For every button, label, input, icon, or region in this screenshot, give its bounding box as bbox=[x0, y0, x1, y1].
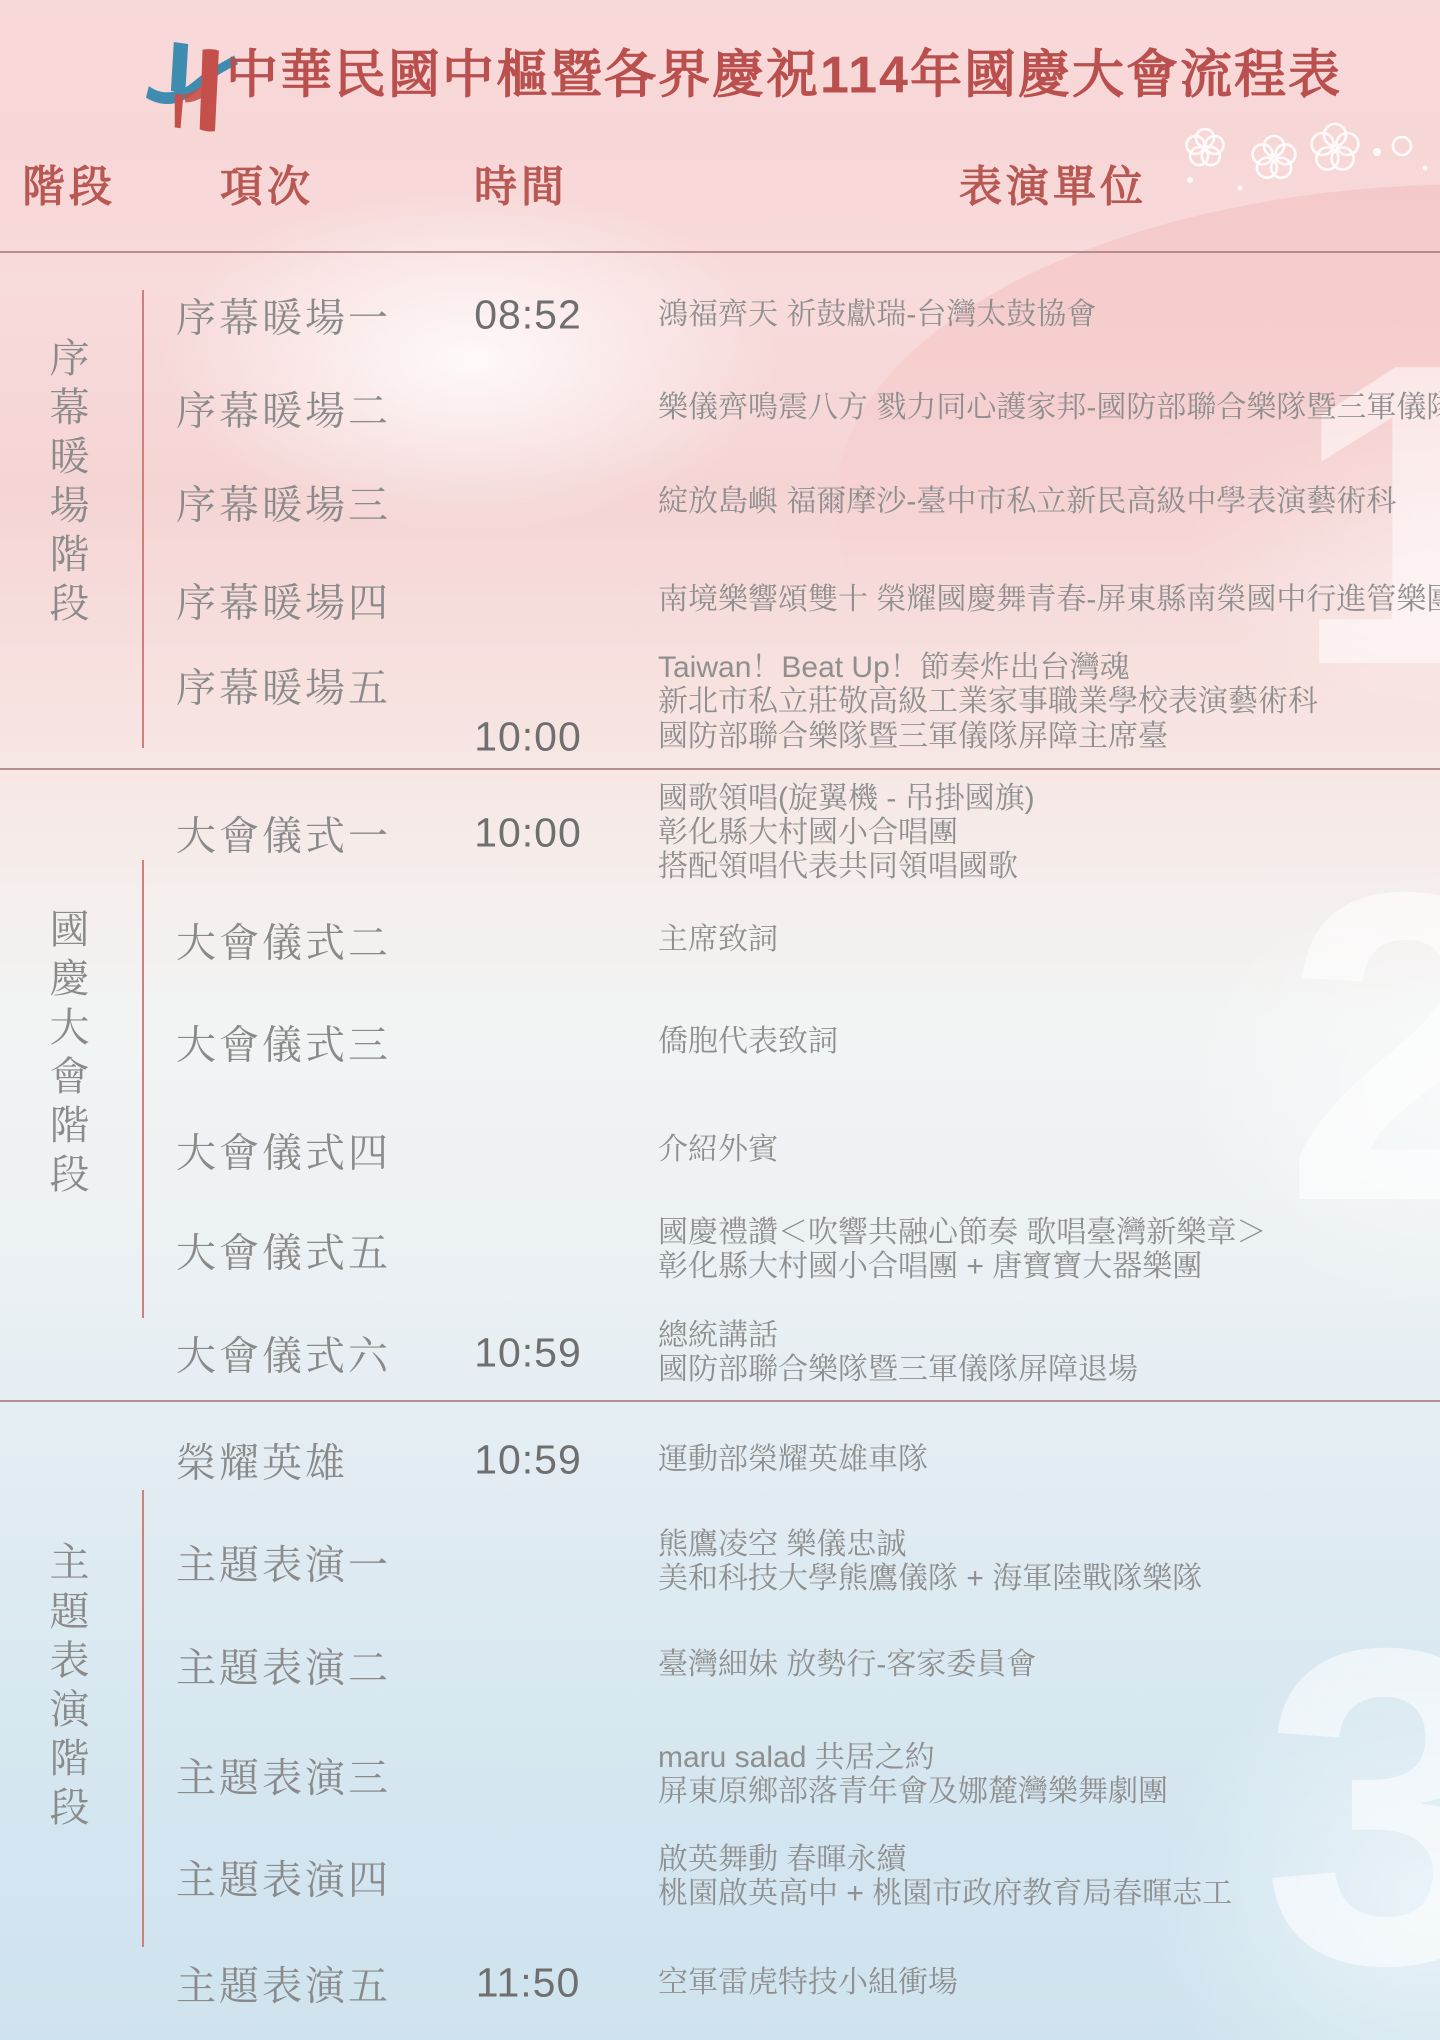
page-title: 中華民國中樞暨各界慶祝114年國慶大會流程表 bbox=[226, 33, 1342, 108]
time-value: 08:52 bbox=[428, 292, 628, 339]
section-3-watermark: 3 bbox=[1262, 1582, 1440, 2032]
performer-text: 空軍雷虎特技小組衝場 bbox=[658, 1966, 958, 2000]
item-label: 大會儀式五 bbox=[176, 1222, 391, 1279]
performer-text: 熊鷹凌空 樂儀忠誠 美和科技大學熊鷹儀隊 + 海軍陸戰隊樂隊 bbox=[658, 1528, 1202, 1596]
item-label: 大會儀式六 bbox=[176, 1325, 391, 1382]
performer-text: 鴻福齊天 祈鼓獻瑞-台灣太鼓協會 bbox=[658, 298, 1096, 332]
item-label: 大會儀式四 bbox=[176, 1122, 391, 1179]
item-label: 序幕暖場一 bbox=[176, 287, 391, 344]
performer-line: 國防部聯合樂隊暨三軍儀隊屏障退場 bbox=[658, 1353, 1138, 1387]
performer-text: 主席致詞 bbox=[658, 923, 778, 957]
stage-label-assembly: 國慶大會階段 bbox=[40, 908, 92, 1202]
stage-label-theme: 主題表演階段 bbox=[40, 1541, 92, 1835]
performer-line: 熊鷹凌空 樂儀忠誠 bbox=[658, 1528, 1202, 1562]
performer-line: 彰化縣大村國小合唱團 + 唐寶寶大器樂團 bbox=[658, 1250, 1266, 1284]
time-value: 10:00 bbox=[428, 810, 628, 857]
performer-line: 運動部榮耀英雄車隊 bbox=[658, 1443, 928, 1477]
section-2-bracket-line bbox=[142, 860, 144, 1318]
performer-line: 搭配領唱代表共同領唱國歌 bbox=[658, 850, 1035, 884]
performer-line: 鴻福齊天 祈鼓獻瑞-台灣太鼓協會 bbox=[658, 298, 1096, 332]
item-label: 大會儀式一 bbox=[176, 805, 391, 862]
performer-line: 臺灣細妹 放勢行-客家委員會 bbox=[658, 1648, 1036, 1682]
performer-text: Taiwan！Beat Up！節奏炸出台灣魂 新北市私立莊敬高級工業家事職業學校… bbox=[658, 651, 1318, 719]
performer-line: 彰化縣大村國小合唱團 bbox=[658, 816, 1035, 850]
performer-line: 桃園啟英高中 + 桃園市政府教育局春暉志工 bbox=[658, 1877, 1232, 1911]
time-value: 11:50 bbox=[428, 1960, 628, 2007]
performer-line: 啟英舞動 春暉永續 bbox=[658, 1843, 1232, 1877]
performer-text: 國防部聯合樂隊暨三軍儀隊屏障主席臺 bbox=[658, 720, 1168, 754]
performer-text: 總統講話 國防部聯合樂隊暨三軍儀隊屏障退場 bbox=[658, 1319, 1138, 1387]
performer-line: 介紹外賓 bbox=[658, 1133, 778, 1167]
section-divider-line bbox=[0, 768, 1440, 770]
performer-line: 國慶禮讚＜吹響共融心節奏 歌唱臺灣新樂章＞ bbox=[658, 1216, 1266, 1250]
performer-text: 樂儀齊鳴震八方 戮力同心護家邦-國防部聯合樂隊暨三軍儀隊 bbox=[658, 391, 1440, 425]
column-header-time: 時間 bbox=[474, 154, 568, 215]
item-label: 序幕暖場二 bbox=[176, 380, 391, 437]
stage-label-prologue: 序幕暖場階段 bbox=[40, 337, 92, 631]
item-label: 序幕暖場三 bbox=[176, 474, 391, 531]
section-2-watermark: 2 bbox=[1284, 828, 1440, 1268]
item-label: 序幕暖場四 bbox=[176, 572, 391, 629]
item-label: 主題表演四 bbox=[176, 1849, 391, 1906]
national-day-114-logo bbox=[146, 38, 238, 140]
section-1-bracket-line bbox=[142, 290, 144, 748]
performer-text: 運動部榮耀英雄車隊 bbox=[658, 1443, 928, 1477]
performer-text: 介紹外賓 bbox=[658, 1133, 778, 1167]
performer-line: 國歌領唱(旋翼機 - 吊掛國旗) bbox=[658, 782, 1035, 816]
performer-line: 國防部聯合樂隊暨三軍儀隊屏障主席臺 bbox=[658, 720, 1168, 754]
item-label: 主題表演一 bbox=[176, 1534, 391, 1591]
time-value: 10:00 bbox=[428, 714, 628, 761]
performer-line: 南境樂響頌雙十 榮耀國慶舞青春-屏東縣南榮國中行進管樂團NZMB bbox=[658, 583, 1440, 617]
performer-line: 主席致詞 bbox=[658, 923, 778, 957]
performer-text: 僑胞代表致詞 bbox=[658, 1025, 838, 1059]
item-label: 大會儀式二 bbox=[176, 912, 391, 969]
performer-text: 國歌領唱(旋翼機 - 吊掛國旗) 彰化縣大村國小合唱團 搭配領唱代表共同領唱國歌 bbox=[658, 782, 1035, 884]
column-header-unit: 表演單位 bbox=[959, 154, 1147, 215]
performer-text: maru salad 共居之約 屏東原鄉部落青年會及娜麓灣樂舞劇團 bbox=[658, 1741, 1168, 1809]
performer-text: 啟英舞動 春暉永續 桃園啟英高中 + 桃園市政府教育局春暉志工 bbox=[658, 1843, 1232, 1911]
performer-text: 南境樂響頌雙十 榮耀國慶舞青春-屏東縣南榮國中行進管樂團NZMB bbox=[658, 583, 1440, 617]
header-divider-line bbox=[0, 251, 1440, 253]
column-header-stage: 階段 bbox=[22, 154, 116, 215]
performer-line: 屏東原鄉部落青年會及娜麓灣樂舞劇團 bbox=[658, 1775, 1168, 1809]
performer-line: 總統講話 bbox=[658, 1319, 1138, 1353]
performer-text: 綻放島嶼 福爾摩沙-臺中市私立新民高級中學表演藝術科 bbox=[658, 485, 1396, 519]
column-header-item: 項次 bbox=[220, 154, 314, 215]
item-label: 序幕暖場五 bbox=[176, 657, 391, 714]
time-value: 10:59 bbox=[428, 1330, 628, 1377]
performer-line: Taiwan！Beat Up！節奏炸出台灣魂 bbox=[658, 651, 1318, 685]
performer-line: 美和科技大學熊鷹儀隊 + 海軍陸戰隊樂隊 bbox=[658, 1562, 1202, 1596]
item-label: 大會儀式三 bbox=[176, 1014, 391, 1071]
performer-text: 臺灣細妹 放勢行-客家委員會 bbox=[658, 1648, 1036, 1682]
performer-text: 國慶禮讚＜吹響共融心節奏 歌唱臺灣新樂章＞ 彰化縣大村國小合唱團 + 唐寶寶大器… bbox=[658, 1216, 1266, 1284]
time-value: 10:59 bbox=[428, 1437, 628, 1484]
performer-line: 僑胞代表致詞 bbox=[658, 1025, 838, 1059]
item-label: 榮耀英雄 bbox=[176, 1432, 348, 1489]
section-divider-line bbox=[0, 1400, 1440, 1402]
section-3-bracket-line bbox=[142, 1490, 144, 1947]
performer-line: maru salad 共居之約 bbox=[658, 1741, 1168, 1775]
performer-line: 空軍雷虎特技小組衝場 bbox=[658, 1966, 958, 2000]
performer-line: 綻放島嶼 福爾摩沙-臺中市私立新民高級中學表演藝術科 bbox=[658, 485, 1396, 519]
item-label: 主題表演二 bbox=[176, 1637, 391, 1694]
item-label: 主題表演五 bbox=[176, 1955, 391, 2012]
performer-line: 新北市私立莊敬高級工業家事職業學校表演藝術科 bbox=[658, 685, 1318, 719]
item-label: 主題表演三 bbox=[176, 1747, 391, 1804]
performer-line: 樂儀齊鳴震八方 戮力同心護家邦-國防部聯合樂隊暨三軍儀隊 bbox=[658, 391, 1440, 425]
national-day-schedule-poster: 1 2 3 中華民國中樞暨各界慶祝114年國慶大會流程表 階段 項次 時間 表演… bbox=[0, 0, 1440, 2040]
